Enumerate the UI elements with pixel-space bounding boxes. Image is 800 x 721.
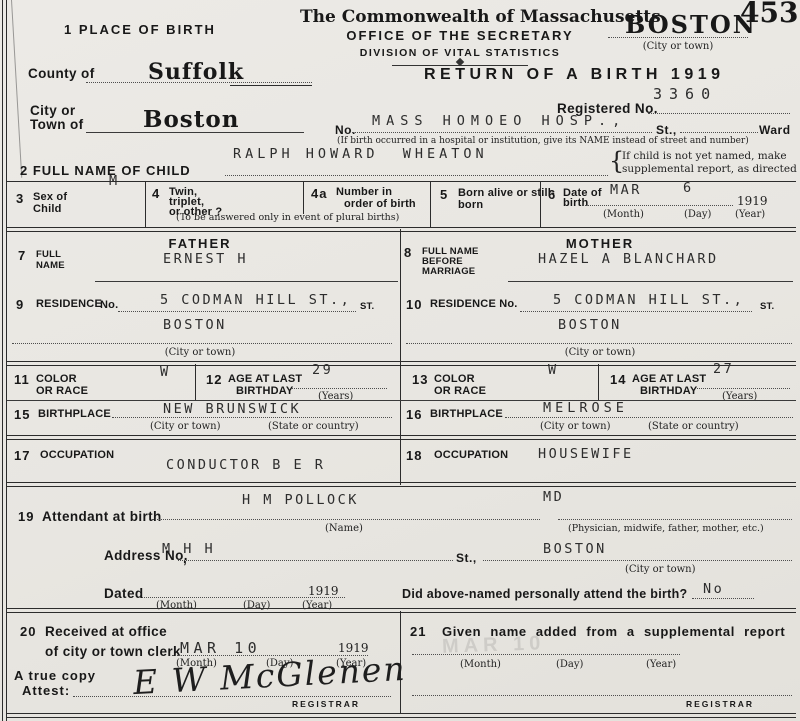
attend-answer-value: No: [703, 581, 724, 597]
field19-number: 19: [18, 509, 34, 524]
mother-street-value: 5 CODMAN HILL ST.,: [553, 292, 744, 308]
father-city-note: (City or town): [110, 347, 290, 358]
street-label: St.,: [656, 123, 677, 137]
mother-birthplace-line: [505, 417, 793, 418]
hospital-line: [352, 132, 652, 133]
ward-line: [680, 132, 758, 133]
born-alive-line1: Born alive or still-: [458, 187, 555, 199]
office-subtitle: OFFICE OF THE SECRETARY: [300, 28, 620, 43]
city-or-town-note: (City or town): [608, 41, 748, 52]
father-street-line: [118, 311, 356, 312]
occupation-bottom-line: [7, 482, 796, 487]
father-city-line: [12, 343, 392, 344]
attend-question-label: Did above-named personally attend the bi…: [402, 587, 687, 601]
father-birthplace-value: NEW BRUNSWICK: [163, 401, 301, 417]
field13-number: 13: [412, 372, 428, 387]
mother-header: MOTHER: [500, 236, 700, 251]
mother-name-line: [508, 281, 793, 282]
attendant-name-note: (Name): [325, 523, 363, 534]
father-birthplace-label: BIRTHPLACE: [38, 408, 111, 420]
footer-bottom-line: [7, 713, 796, 718]
registered-number-value: 3360: [653, 85, 717, 103]
field4-number: 4: [152, 186, 160, 201]
mother-city-note: (City or town): [510, 347, 690, 358]
city-stamp: BOSTON: [625, 10, 757, 39]
address-city-value: BOSTON: [543, 541, 607, 557]
mother-city-value: BOSTON: [558, 317, 622, 333]
dob-line: [585, 205, 733, 206]
mother-bp-state-note: (State or country): [648, 421, 739, 432]
supplemental-date-line: [412, 654, 680, 655]
mother-birthplace-label: BIRTHPLACE: [430, 408, 503, 420]
father-birthplace-line: [112, 417, 392, 418]
father-header: FATHER: [100, 236, 300, 251]
return-title: RETURN OF A BIRTH 1919: [424, 66, 725, 84]
commonwealth-title: The Commonwealth of Massachusetts: [300, 7, 620, 27]
plural-births-note: (To be answered only in event of plural …: [176, 212, 399, 223]
attest-label: Attest:: [22, 683, 70, 698]
field11-number: 11: [14, 372, 30, 387]
mother-bp-city-note: (City or town): [540, 421, 611, 432]
sex-label-line1: Sex of: [33, 191, 67, 203]
father-bp-city-note: (City or town): [150, 421, 221, 432]
field21-number: 21: [410, 624, 426, 639]
mother-color-label2: OR RACE: [434, 385, 486, 397]
address-value: M H H: [162, 541, 215, 557]
true-copy-label: A true copy: [14, 668, 96, 683]
field15-number: 15: [14, 407, 30, 422]
father-color-label2: OR RACE: [36, 385, 88, 397]
residence-bottom-line: [7, 361, 796, 366]
father-name-label: NAME: [36, 260, 65, 271]
address-street-line: [178, 560, 453, 561]
mother-residence-label: RESIDENCE No.: [430, 298, 518, 310]
field5-number: 5: [440, 187, 448, 202]
dob-year-printed: 1919: [737, 194, 768, 208]
dob-day-value: 6: [683, 180, 694, 196]
attendant-name-line: [152, 519, 540, 520]
mother-occupation-value: HOUSEWIFE: [538, 446, 634, 462]
street-no-label: No.: [335, 123, 356, 137]
child-note-line2: supplemental report, as directed: [622, 163, 797, 175]
father-age-label2: BIRTHDAY: [236, 385, 293, 397]
mother-color-value: W: [548, 362, 559, 378]
mother-street-line: [520, 311, 752, 312]
mother-age-label1: AGE AT LAST: [632, 373, 706, 385]
father-city-value: BOSTON: [163, 317, 227, 333]
father-color-age-divider: [195, 364, 196, 401]
mother-name-value: HAZEL A BLANCHARD: [538, 251, 719, 267]
city-label-line1: City or: [30, 103, 76, 118]
county-line-heavy: [230, 85, 312, 86]
father-full-label: FULL: [36, 249, 61, 260]
father-occupation-value: CONDUCTOR B E R: [166, 457, 325, 473]
father-age-value: 29: [312, 362, 333, 378]
address-city-note: (City or town): [625, 564, 696, 575]
attendant-name-value: H M POLLOCK: [242, 492, 359, 508]
dob-year-note: (Year): [735, 209, 765, 220]
city-label-line2: Town of: [30, 117, 84, 132]
row3-bottom-line: [7, 227, 796, 232]
received-label-line2: of city or town clerk: [45, 644, 181, 659]
attendant-title-line: [558, 519, 792, 520]
mother-age-label2: BIRTHDAY: [640, 385, 697, 397]
received-label-line1: Received at office: [45, 624, 167, 639]
dob-month-note: (Month): [603, 209, 644, 220]
attendant-md-value: MD: [543, 489, 564, 505]
born-alive-line2: born: [458, 199, 483, 211]
attendant-at-birth-label: Attendant at birth: [42, 509, 162, 524]
place-of-birth-label: 1 PLACE OF BIRTH: [64, 22, 216, 37]
city-value-line: [86, 132, 304, 133]
parents-center-divider: [400, 229, 401, 485]
page-number: 453: [740, 0, 798, 29]
field6-number: 6: [548, 187, 556, 202]
father-residence-label: RESIDENCE: [36, 298, 102, 310]
dated-label: Dated: [104, 586, 144, 601]
field3-number: 3: [16, 191, 24, 206]
sex-value: M: [109, 173, 120, 189]
father-st-label: ST.: [360, 301, 374, 312]
date-of-birth-line2: birth: [563, 197, 588, 209]
ward-label: Ward: [759, 123, 791, 137]
attend-answer-line: [692, 598, 754, 599]
mother-fullname-label3: MARRIAGE: [422, 266, 475, 277]
father-age-label1: AGE AT LAST: [228, 373, 302, 385]
city-value: Boston: [143, 106, 239, 133]
row3-top-line: [7, 181, 796, 182]
supplemental-month-note: (Month): [460, 659, 501, 670]
page-edge-line-outer: [2, 0, 3, 721]
supplemental-year-note: (Year): [646, 659, 676, 670]
county-line: [86, 82, 312, 83]
father-name-value: ERNEST H: [163, 251, 248, 267]
given-name-added-label: Given name added from a supplemental rep…: [442, 624, 785, 639]
birthplace-bottom-line: [7, 435, 796, 440]
supplemental-registrar-line: [412, 695, 792, 696]
mother-color-label1: COLOR: [434, 373, 475, 385]
field20-number: 20: [20, 624, 36, 639]
mother-city-line: [406, 343, 792, 344]
field7-number: 7: [18, 248, 26, 263]
county-label: County of: [28, 66, 95, 81]
father-color-label1: COLOR: [36, 373, 77, 385]
mother-age-line: [697, 388, 790, 389]
supplemental-day-note: (Day): [556, 659, 583, 670]
field18-number: 18: [406, 448, 422, 463]
father-age-line: [292, 388, 387, 389]
field9-number: 9: [16, 297, 24, 312]
color-age-bottom-line: [7, 400, 796, 401]
registrar-label-left: REGISTRAR: [292, 699, 360, 709]
address-st-label: St.,: [456, 551, 477, 565]
father-bp-state-note: (State or country): [268, 421, 359, 432]
registrar-label-right: REGISTRAR: [686, 699, 754, 709]
address-city-line: [483, 560, 792, 561]
dated-year-printed: 1919: [308, 584, 339, 598]
mother-occupation-label: OCCUPATION: [434, 449, 508, 461]
received-date-value: MAR 10: [180, 639, 261, 657]
child-note-line1: If child is not yet named, make: [622, 150, 787, 162]
field16-number: 16: [406, 407, 422, 422]
field8-number: 8: [404, 245, 412, 260]
row3-divider-3: [430, 181, 431, 227]
birth-certificate-document: 1 PLACE OF BIRTH The Commonwealth of Mas…: [0, 0, 800, 721]
field10-number: 10: [406, 297, 422, 312]
field17-number: 17: [14, 448, 30, 463]
full-name-of-child-label: 2 FULL NAME OF CHILD: [20, 163, 191, 178]
father-color-value: W: [160, 364, 171, 380]
row3-divider-2: [303, 181, 304, 214]
father-name-line: [95, 281, 398, 282]
mother-birthplace-value: MELROSE: [543, 400, 628, 416]
mother-color-age-divider: [598, 364, 599, 401]
hospital-value: MASS HOMOEO HOSP.,: [372, 113, 626, 129]
hospital-note: (If birth occurred in a hospital or inst…: [337, 136, 749, 146]
father-street-value: 5 CODMAN HILL ST.,: [160, 292, 351, 308]
field14-number: 14: [610, 372, 626, 387]
father-occupation-label: OCCUPATION: [40, 449, 114, 461]
attendant-bottom-line: [7, 608, 796, 613]
mother-age-value: 27: [713, 361, 734, 377]
field12-number: 12: [206, 372, 222, 387]
scan-skew-line: [11, 0, 22, 178]
registered-number-line: [648, 113, 790, 114]
field4a-number: 4a: [311, 186, 327, 201]
order-label-line1: Number in: [336, 186, 392, 198]
order-label-line2: order of birth: [344, 198, 416, 210]
child-name-line: [225, 175, 608, 176]
father-residence-no-label: No.: [100, 299, 118, 311]
mother-st-label: ST.: [760, 301, 774, 312]
row3-divider-1: [145, 181, 146, 227]
attendant-physician-note: (Physician, midwife, father, mother, etc…: [568, 523, 764, 534]
city-stamp-line: [608, 37, 748, 38]
dob-day-note: (Day): [684, 209, 711, 220]
child-name-value: RALPH HOWARD WHEATON: [233, 146, 488, 162]
sex-label-line2: Child: [33, 203, 62, 215]
dob-month-value: MAR: [610, 182, 642, 198]
